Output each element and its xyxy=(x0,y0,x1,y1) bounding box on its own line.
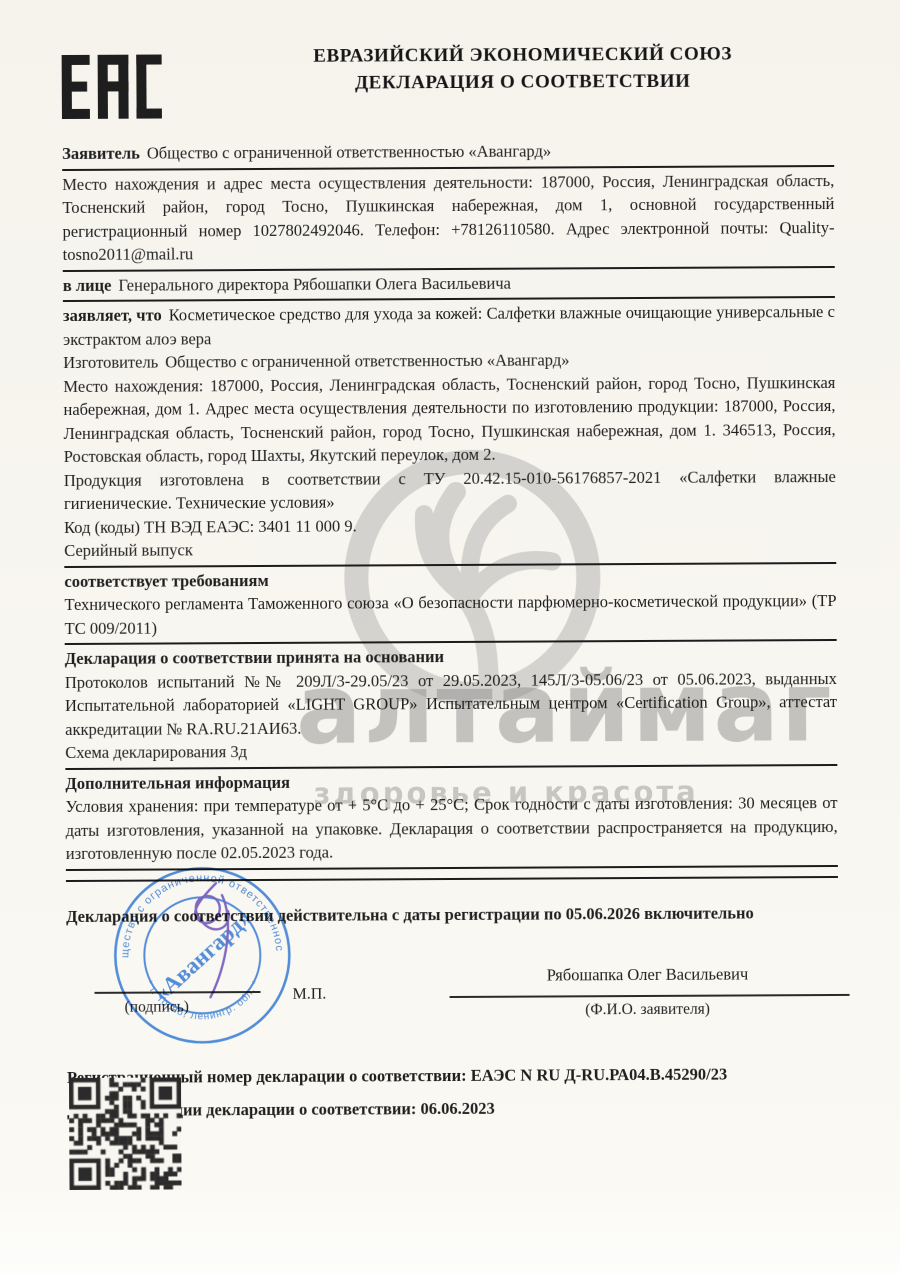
company-stamp: Общество с ограниченной ответственностью… xyxy=(104,855,301,1056)
registration-number-line: Регистрационный номер декларации о соотв… xyxy=(67,1062,839,1090)
title-line-1: ЕВРАЗИЙСКИЙ ЭКОНОМИЧЕСКИЙ СОЮЗ xyxy=(212,40,834,70)
signer-name: Рябошапка Олег Васильевич xyxy=(451,962,843,988)
applicant-address-row: Место нахождения и адрес места осуществл… xyxy=(62,166,835,271)
applicant-row: ЗаявительОбщество с ограниченной ответст… xyxy=(62,136,834,171)
manufacturer-address: Место нахождения: 187000, Россия, Ленинг… xyxy=(63,370,835,468)
person-row: в лицеГенерального директора Рябошапки О… xyxy=(63,267,835,302)
registration-date-line: Дата регистрации декларации о соответств… xyxy=(67,1094,839,1122)
additional-info-text: Условия хранения: при температуре от + 5… xyxy=(65,791,837,866)
person-value: Генерального директора Рябошапки Олега В… xyxy=(118,273,511,294)
document-title: ЕВРАЗИЙСКИЙ ЭКОНОМИЧЕСКИЙ СОЮЗ ДЕКЛАРАЦИ… xyxy=(212,40,834,97)
compliance-text: Технического регламента Таможенного союз… xyxy=(64,589,836,640)
compliance-section: соответствует требованиям Технического р… xyxy=(64,563,836,645)
product-made: Продукция изготовлена в соответствии с Т… xyxy=(64,464,836,515)
manufacturer-value: Общество с ограниченной ответственностью… xyxy=(165,350,569,371)
declares-label: заявляет, что xyxy=(63,306,162,326)
signer-caption: (Ф.И.О. заявителя) xyxy=(452,997,844,1023)
eac-logo: ЕАС xyxy=(62,38,163,137)
declares-value: Косметическое средство для ухода за коже… xyxy=(63,302,835,349)
applicant-value: Общество с ограниченной ответственностью… xyxy=(147,141,551,162)
title-line-2: ДЕКЛАРАЦИЯ О СООТВЕТСТВИИ xyxy=(212,67,834,97)
serial-issue: Серийный выпуск xyxy=(64,535,836,563)
product-block: заявляет, чтоКосметическое средство для … xyxy=(63,298,836,568)
qr-code xyxy=(69,1077,182,1190)
scheme-line: Схема декларирования 3д xyxy=(65,737,837,765)
basis-text: Протоколов испытаний №№ 209Л/3-29.05/23 … xyxy=(65,666,837,741)
person-label: в лице xyxy=(63,275,112,294)
declaration-document: алтаймаг здоровье и красота ЕАС ЕВРАЗИЙС… xyxy=(0,0,900,1273)
stamp-center-text: «Авангард» xyxy=(149,905,257,1006)
manufacturer-label: Изготовитель xyxy=(63,353,158,372)
basis-section: Декларация о соответствии принята на осн… xyxy=(65,641,838,770)
applicant-address: Место нахождения и адрес места осуществл… xyxy=(62,168,834,266)
applicant-label: Заявитель xyxy=(62,144,140,163)
